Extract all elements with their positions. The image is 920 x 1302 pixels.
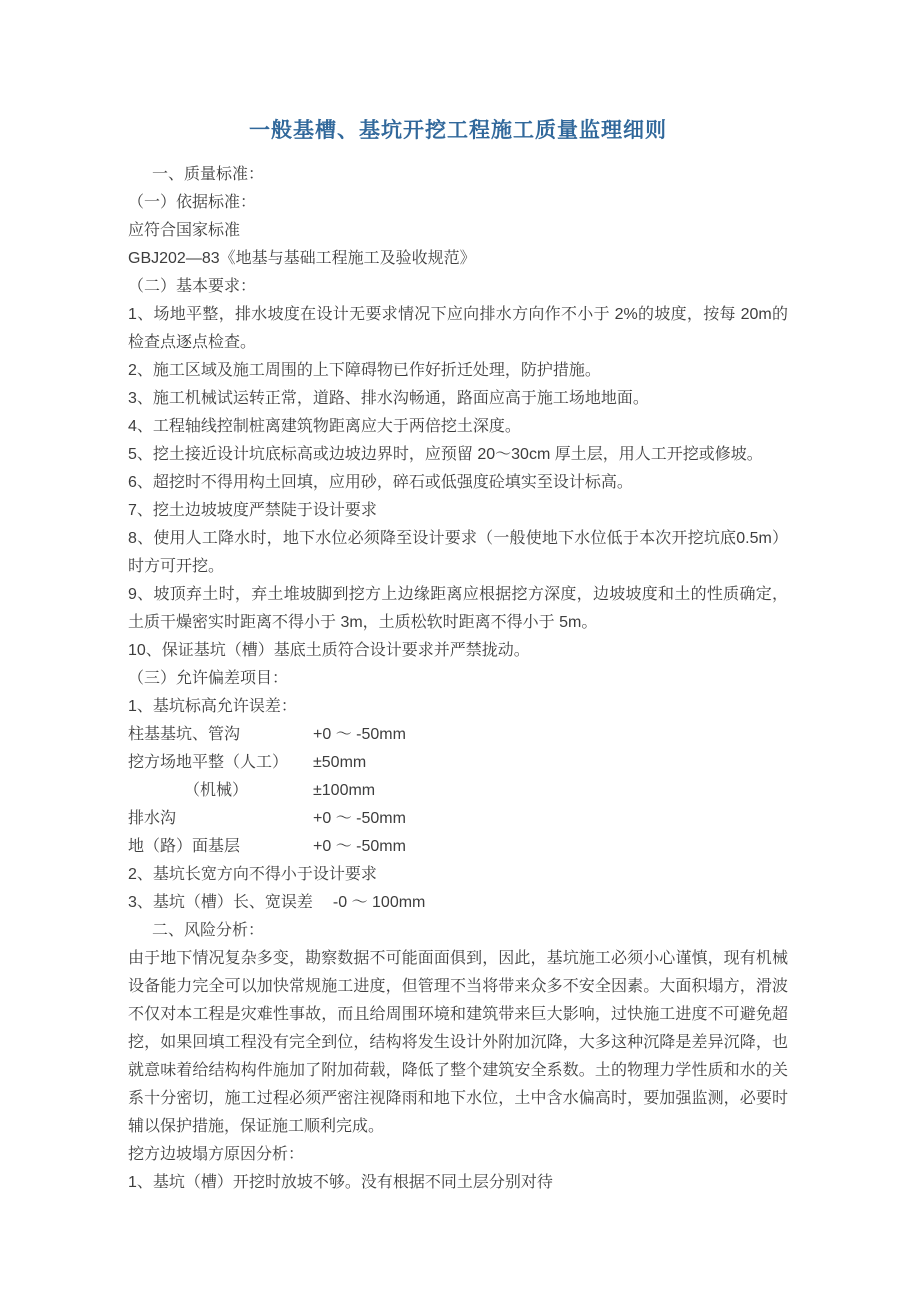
tolerance-row: （机械）±100mm — [128, 777, 788, 805]
tolerance-value: +0 ～ -50mm — [313, 838, 406, 855]
paragraph: 10、保证基坑（槽）基底土质符合设计要求并严禁拢动。 — [128, 637, 788, 665]
paragraph: 4、工程轴线控制桩离建筑物距离应大于两倍挖土深度。 — [128, 413, 788, 441]
pair-label: 3、基坑（槽）长、宽误差 — [128, 894, 313, 911]
paragraph: 由于地下情况复杂多变，勘察数据不可能面面俱到，因此，基坑施工必须小心谨慎，现有机… — [128, 945, 788, 1141]
paragraph: 8、使用人工降水时，地下水位必须降至设计要求（一般使地下水位低于本次开挖坑底0.… — [128, 525, 788, 581]
tolerance-label: （机械） — [128, 777, 313, 805]
document-body: 一、质量标准：（一）依据标准：应符合国家标准GBJ202—83《地基与基础工程施… — [128, 161, 788, 1197]
pair-value: -0 ～ 100mm — [333, 894, 425, 911]
paragraph: 一、质量标准： — [128, 161, 788, 189]
paragraph: 6、超挖时不得用构土回填，应用砂，碎石或低强度砼填实至设计标高。 — [128, 469, 788, 497]
pair-row: 3、基坑（槽）长、宽误差-0 ～ 100mm — [128, 889, 788, 917]
paragraph: 挖方边坡塌方原因分析： — [128, 1141, 788, 1169]
tolerance-value: +0 ～ -50mm — [313, 726, 406, 743]
tolerance-value: ±100mm — [313, 782, 375, 799]
document-title: 一般基槽、基坑开挖工程施工质量监理细则 — [128, 116, 788, 146]
document-page: 一般基槽、基坑开挖工程施工质量监理细则 一、质量标准：（一）依据标准：应符合国家… — [0, 0, 920, 1197]
paragraph: （二）基本要求： — [128, 273, 788, 301]
paragraph: 1、场地平整，排水坡度在设计无要求情况下应向排水方向作不小于 2%的坡度，按每 … — [128, 301, 788, 357]
paragraph: 二、风险分析： — [128, 917, 788, 945]
paragraph: 2、基坑长宽方向不得小于设计要求 — [128, 861, 788, 889]
tolerance-label: 挖方场地平整（人工） — [128, 749, 313, 777]
paragraph: 1、基坑（槽）开挖时放坡不够。没有根据不同土层分别对待 — [128, 1169, 788, 1197]
tolerance-row: 柱基基坑、管沟+0 ～ -50mm — [128, 721, 788, 749]
tolerance-row: 挖方场地平整（人工）±50mm — [128, 749, 788, 777]
paragraph: （一）依据标准： — [128, 189, 788, 217]
tolerance-label: 排水沟 — [128, 805, 313, 833]
tolerance-value: ±50mm — [313, 754, 366, 771]
paragraph: 3、施工机械试运转正常，道路、排水沟畅通，路面应高于施工场地地面。 — [128, 385, 788, 413]
tolerance-label: 地（路）面基层 — [128, 833, 313, 861]
tolerance-label: 柱基基坑、管沟 — [128, 721, 313, 749]
paragraph: （三）允许偏差项目： — [128, 665, 788, 693]
tolerance-row: 排水沟+0 ～ -50mm — [128, 805, 788, 833]
paragraph: 2、施工区域及施工周围的上下障碍物已作好折迁处理，防护措施。 — [128, 357, 788, 385]
paragraph: GBJ202—83《地基与基础工程施工及验收规范》 — [128, 245, 788, 273]
paragraph: 应符合国家标准 — [128, 217, 788, 245]
paragraph: 7、挖土边坡坡度严禁陡于设计要求 — [128, 497, 788, 525]
paragraph: 1、基坑标高允许误差： — [128, 693, 788, 721]
paragraph: 9、坡顶弃土时，弃土堆坡脚到挖方上边缘距离应根据挖方深度，边坡坡度和土的性质确定… — [128, 581, 788, 637]
tolerance-value: +0 ～ -50mm — [313, 810, 406, 827]
tolerance-row: 地（路）面基层+0 ～ -50mm — [128, 833, 788, 861]
paragraph: 5、挖土接近设计坑底标高或边坡边界时，应预留 20～30cm 厚土层，用人工开挖… — [128, 441, 788, 469]
